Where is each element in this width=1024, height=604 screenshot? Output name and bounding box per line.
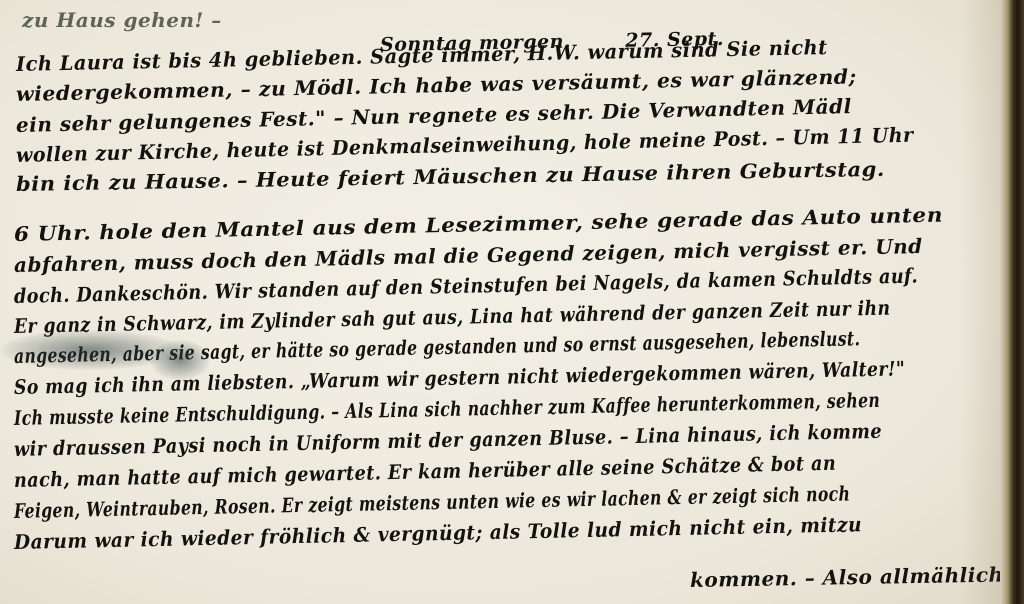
- page-gutter-shadow: [960, 0, 1000, 604]
- text-line-1: zu Haus gehen! –: [22, 8, 222, 32]
- text-line-19: kommen. – Also allmählich: [690, 563, 1004, 592]
- book-gutter: [1000, 0, 1024, 604]
- diary-page: zu Haus gehen! – Sonntag morgen. 27. Sep…: [0, 0, 1000, 604]
- ink-smudge: [150, 340, 210, 380]
